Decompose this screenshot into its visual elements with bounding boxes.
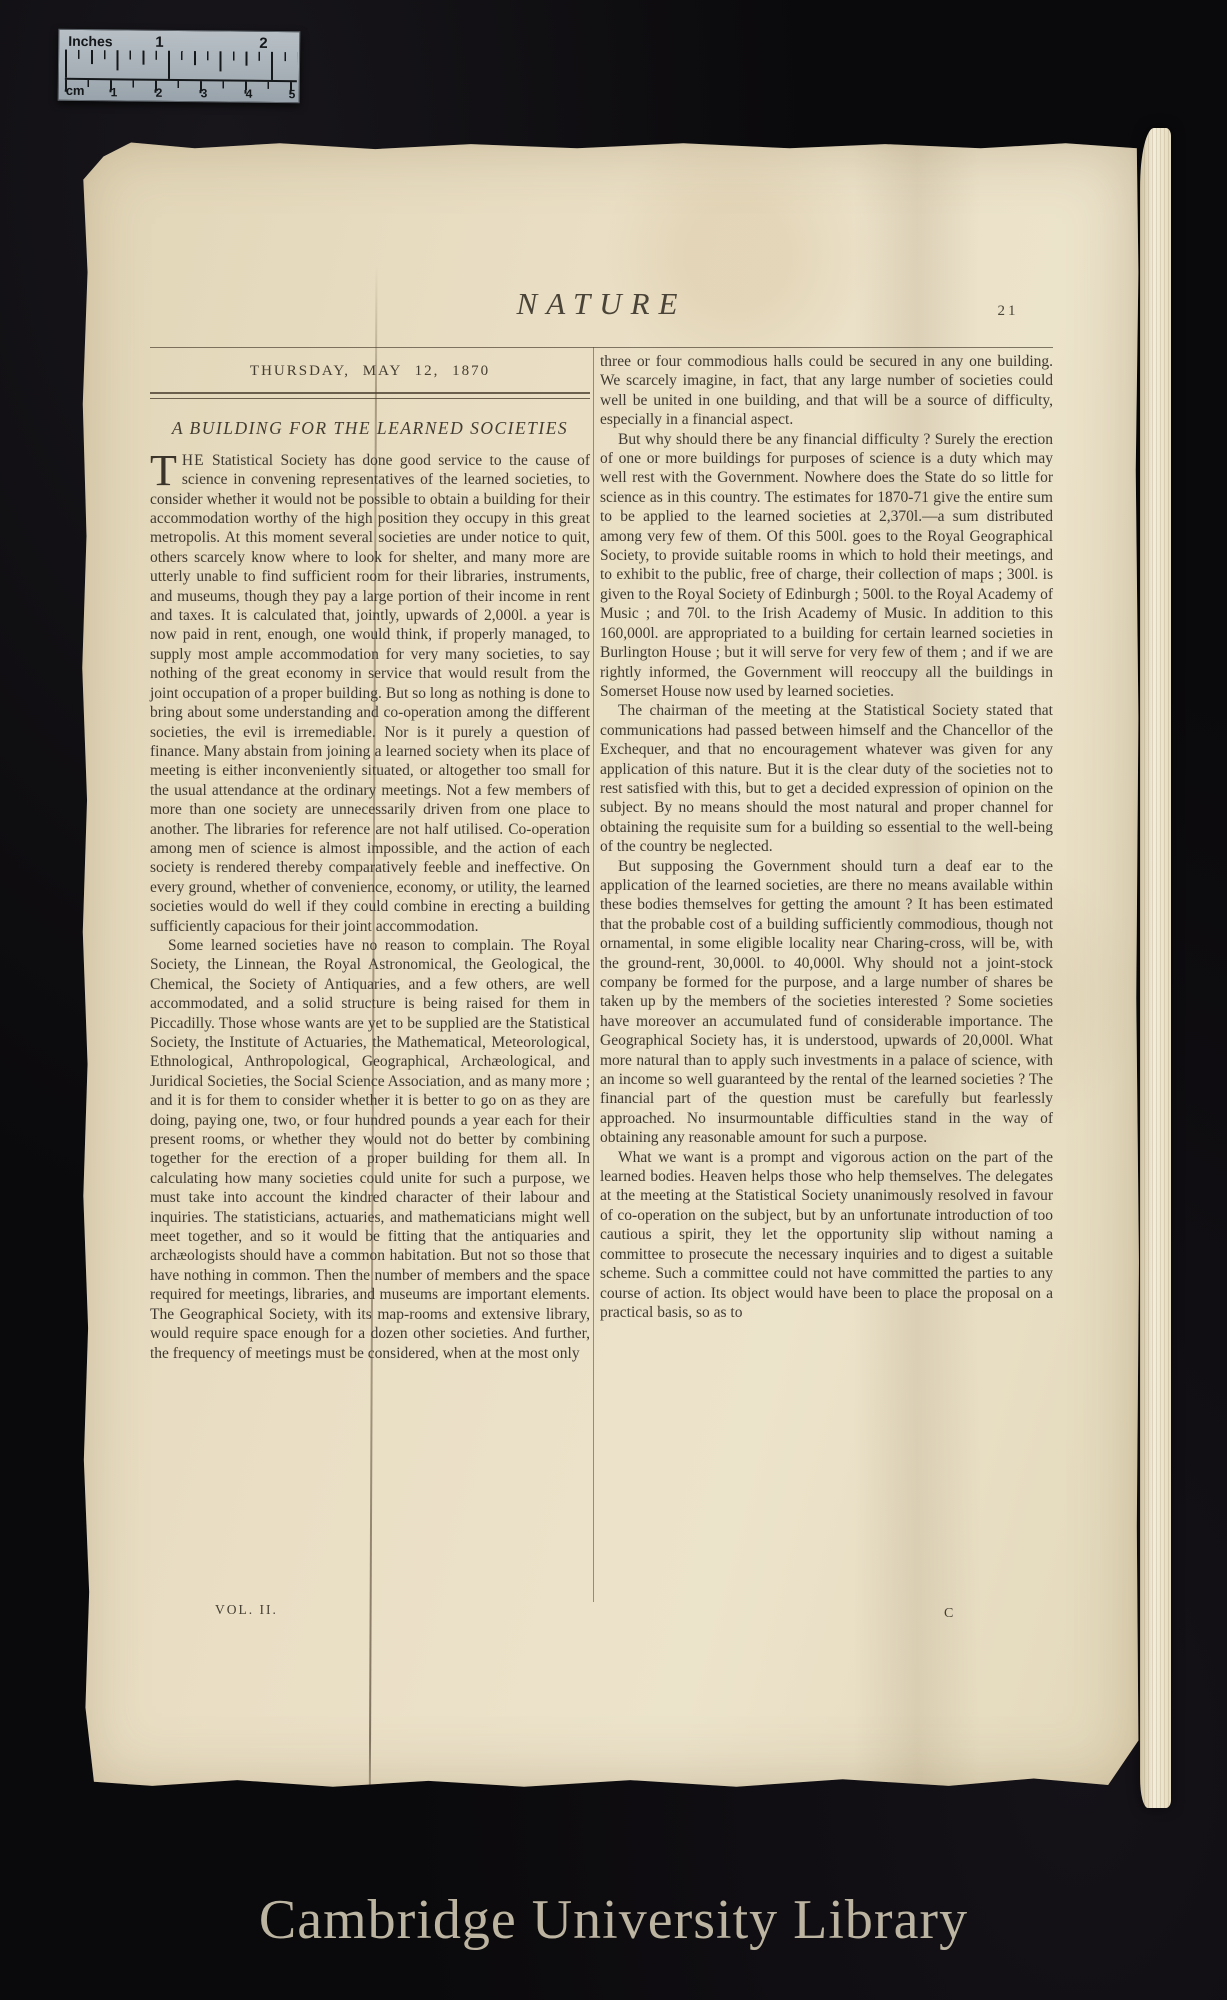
library-watermark: Cambridge University Library [0,1888,1227,1952]
book-fore-edge [1140,128,1171,1808]
column-divider [593,347,594,1602]
article-paragraph: But why should there be any financial di… [600,430,1053,702]
article-paragraph: The chairman of the meeting at the Stati… [600,701,1053,856]
article-paragraph: THE Statistical Society has done good se… [150,451,590,936]
ruler-inch-number: 2 [259,35,268,52]
ruler-cm-number: 3 [201,86,208,100]
right-column: three or four commodious halls could be … [600,352,1053,1322]
lead-capitals: HE [182,452,205,469]
ruler-cm-label: cm [66,83,85,98]
ruler-cm-number: 2 [156,86,163,100]
ruler-cm-number: 4 [246,87,253,101]
signature-mark: C [944,1606,954,1622]
ruler-cm-ticks [65,80,297,94]
volume-footer: VOL. II. [215,1602,278,1618]
article-title: A BUILDING FOR THE LEARNED SOCIETIES [150,419,590,438]
article-paragraph: Some learned societies have no reason to… [150,936,590,1363]
scanned-journal-page: NATURE 21 THURSDAY, MAY 12, 1870 A BUILD… [78,140,1140,1790]
journal-title: NATURE [150,286,1053,322]
article-paragraph: But supposing the Government should turn… [600,857,1053,1148]
article-paragraph: three or four commodious halls could be … [600,352,1053,430]
ruler-cm-number: 1 [111,85,118,99]
article-paragraph: What we want is a prompt and vigorous ac… [600,1148,1053,1323]
paragraph-text: Statistical Society has done good servic… [150,452,590,935]
double-rule [150,392,590,399]
left-column: THURSDAY, MAY 12, 1870 A BUILDING FOR TH… [150,347,590,1363]
ruler-inches-label: Inches [68,33,113,49]
ruler-inch-ticks [65,50,297,82]
page-number: 21 [978,303,1038,320]
reference-ruler: Inches 1 2 cm 1 2 3 4 5 [58,29,301,104]
issue-date-line: THURSDAY, MAY 12, 1870 [150,362,590,381]
drop-cap: T [150,451,182,488]
ruler-cm-number: 5 [289,87,296,101]
ruler-inch-number: 1 [155,34,164,51]
